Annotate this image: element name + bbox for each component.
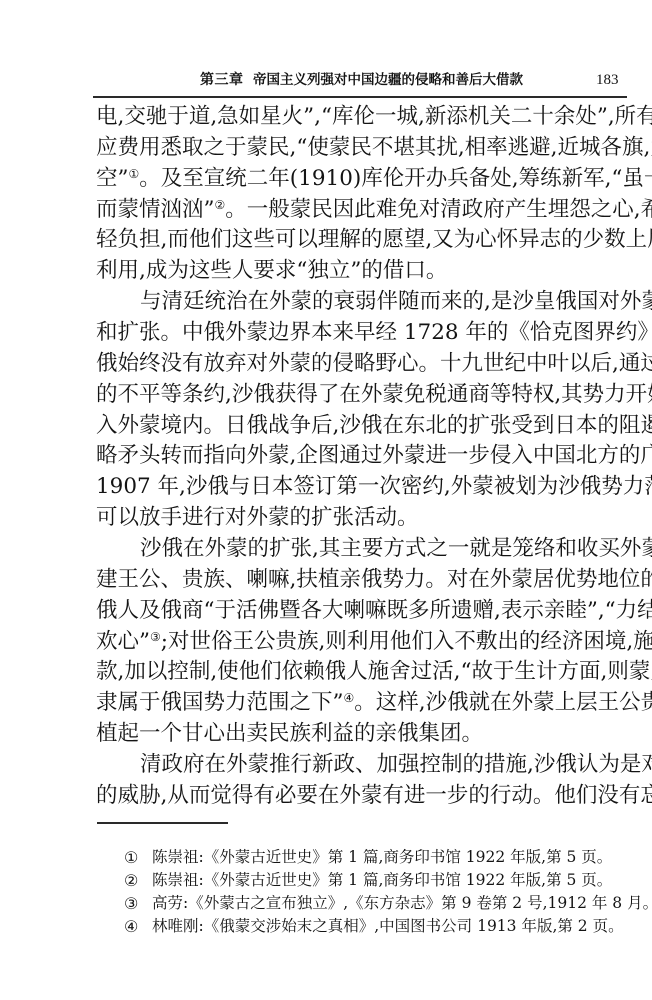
chapter-label: 第三章 <box>200 71 244 89</box>
footnote-marker: ① <box>124 846 138 869</box>
footnote-marker: ③ <box>124 892 138 915</box>
text-line: 隶属于俄国势力范围之下”④。这样,沙俄就在外蒙上层王公贵族中扶 <box>96 688 626 719</box>
text-line: 俄人及俄商“于活佛暨各大喇嘛既多所遗赠,表示亲睦”,“力结喇嘛之 <box>96 596 626 627</box>
text-line: 款,加以控制,使他们依赖俄人施舍过活,“故于生计方面,则蒙人久已 <box>96 657 626 688</box>
footnote: ④ 林唯刚:《俄蒙交涉始末之真相》,中国图书公司 1913 年版,第 2 页。 <box>124 915 624 938</box>
footnote-ref: ④ <box>344 691 355 705</box>
text-segment: ;对世俗王公贵族,则利用他们入不敷出的经济困境,施以贷 <box>161 629 652 654</box>
text-line: 清政府在外蒙推行新政、加强控制的措施,沙俄认为是对自己扩张 <box>96 750 626 781</box>
paragraph: 与清廷统治在外蒙的衰弱伴随而来的,是沙皇俄国对外蒙的渗透 和扩张。中俄外蒙边界本… <box>96 287 626 534</box>
header-rule <box>93 96 627 98</box>
text-line: 沙俄在外蒙的扩张,其主要方式之一就是笼络和收买外蒙上层封 <box>96 534 626 565</box>
text-segment: 空” <box>96 166 129 191</box>
text-line: 电,交驰于道,急如星火”,“库伦一城,新添机关二十余处”,所有开办支 <box>96 102 626 133</box>
text-segment: 。这样,沙俄就在外蒙上层王公贵族中扶 <box>354 690 652 715</box>
text-line: 可以放手进行对外蒙的扩张活动。 <box>96 503 626 534</box>
footnote: ② 陈崇祖:《外蒙古近世史》第 1 篇,商务印书馆 1922 年版,第 5 页。 <box>124 869 624 892</box>
paragraph: 沙俄在外蒙的扩张,其主要方式之一就是笼络和收买外蒙上层封 建王公、贵族、喇嘛,扶… <box>96 534 626 750</box>
footnote-ref: ③ <box>150 630 161 644</box>
text-segment: 而蒙情汹汹” <box>96 197 215 222</box>
footnote: ③ 高劳:《外蒙古之宣布独立》,《东方杂志》第 9 卷第 2 号,1912 年 … <box>124 892 624 915</box>
page-number: 183 <box>596 71 619 89</box>
footnotes: ① 陈崇祖:《外蒙古近世史》第 1 篇,商务印书馆 1922 年版,第 5 页。… <box>124 846 624 938</box>
text-line: 轻负担,而他们这些可以理解的愿望,又为心怀异志的少数上层人物所 <box>96 225 626 256</box>
text-line: 的威胁,从而觉得有必要在外蒙有进一步的行动。他们没有忘记利用 <box>96 781 626 812</box>
text-segment: 欢心” <box>96 629 150 654</box>
text-segment: 。及至宣统二年(1910)库伦开办兵备处,筹练新军,“虽一兵未练 <box>139 166 652 191</box>
text-line: 1907 年,沙俄与日本签订第一次密约,外蒙被划为沙俄势力范围,使它 <box>96 472 626 503</box>
text-line: 而蒙情汹汹”②。一般蒙民因此难免对清政府产生埋怨之心,希望能减 <box>96 195 626 226</box>
chapter-title: 帝国主义列强对中国边疆的侵略和善后大借款 <box>253 71 523 89</box>
text-line: 植起一个甘心出卖民族利益的亲俄集团。 <box>96 719 626 750</box>
footnote-rule <box>97 822 228 824</box>
footnote: ① 陈崇祖:《外蒙古近世史》第 1 篇,商务印书馆 1922 年版,第 5 页。 <box>124 846 624 869</box>
book-page: 第三章 帝国主义列强对中国边疆的侵略和善后大借款 183 电,交驰于道,急如星火… <box>0 0 652 1000</box>
text-line: 俄始终没有放弃对外蒙的侵略野心。十九世纪中叶以后,通过一系列 <box>96 349 626 380</box>
footnote-text: 高劳:《外蒙古之宣布独立》,《东方杂志》第 9 卷第 2 号,1912 年 8 … <box>152 892 652 915</box>
paragraph: 电,交驰于道,急如星火”,“库伦一城,新添机关二十余处”,所有开办支 应费用悉取… <box>96 102 626 287</box>
footnote-text: 林唯刚:《俄蒙交涉始末之真相》,中国图书公司 1913 年版,第 2 页。 <box>152 915 624 938</box>
text-line: 空”①。及至宣统二年(1910)库伦开办兵备处,筹练新军,“虽一兵未练 <box>96 164 626 195</box>
footnote-text: 陈崇祖:《外蒙古近世史》第 1 篇,商务印书馆 1922 年版,第 5 页。 <box>152 846 612 869</box>
footnote-ref: ① <box>129 167 140 181</box>
text-line: 建王公、贵族、喇嘛,扶植亲俄势力。对在外蒙居优势地位的宗教势力, <box>96 565 626 596</box>
text-line: 的不平等条约,沙俄获得了在外蒙免税通商等特权,其势力开始全面渗 <box>96 380 626 411</box>
text-segment: 。一般蒙民因此难免对清政府产生埋怨之心,希望能减 <box>225 197 652 222</box>
footnote-ref: ② <box>215 198 226 212</box>
text-line: 与清廷统治在外蒙的衰弱伴随而来的,是沙皇俄国对外蒙的渗透 <box>96 287 626 318</box>
text-line: 应费用悉取之于蒙民,“使蒙民不堪其扰,相率逃避,近城各旗,为之一 <box>96 133 626 164</box>
text-line: 欢心”③;对世俗王公贵族,则利用他们入不敷出的经济困境,施以贷 <box>96 627 626 658</box>
text-segment: 隶属于俄国势力范围之下” <box>96 690 344 715</box>
paragraph: 清政府在外蒙推行新政、加强控制的措施,沙俄认为是对自己扩张 的威胁,从而觉得有必… <box>96 750 626 812</box>
text-line: 和扩张。中俄外蒙边界本来早经 1728 年的《恰克图界约》划定,但是沙 <box>96 318 626 349</box>
footnote-text: 陈崇祖:《外蒙古近世史》第 1 篇,商务印书馆 1922 年版,第 5 页。 <box>152 869 612 892</box>
body-text: 电,交驰于道,急如星火”,“库伦一城,新添机关二十余处”,所有开办支 应费用悉取… <box>96 102 626 812</box>
text-line: 略矛头转而指向外蒙,企图通过外蒙进一步侵入中国北方的广大地区。 <box>96 441 626 472</box>
text-line: 利用,成为这些人要求“独立”的借口。 <box>96 256 626 287</box>
footnote-marker: ④ <box>124 915 138 938</box>
footnote-marker: ② <box>124 869 138 892</box>
text-line: 入外蒙境内。日俄战争后,沙俄在东北的扩张受到日本的阻遏,遂将侵 <box>96 411 626 442</box>
running-header: 第三章 帝国主义列强对中国边疆的侵略和善后大借款 183 <box>93 68 627 92</box>
